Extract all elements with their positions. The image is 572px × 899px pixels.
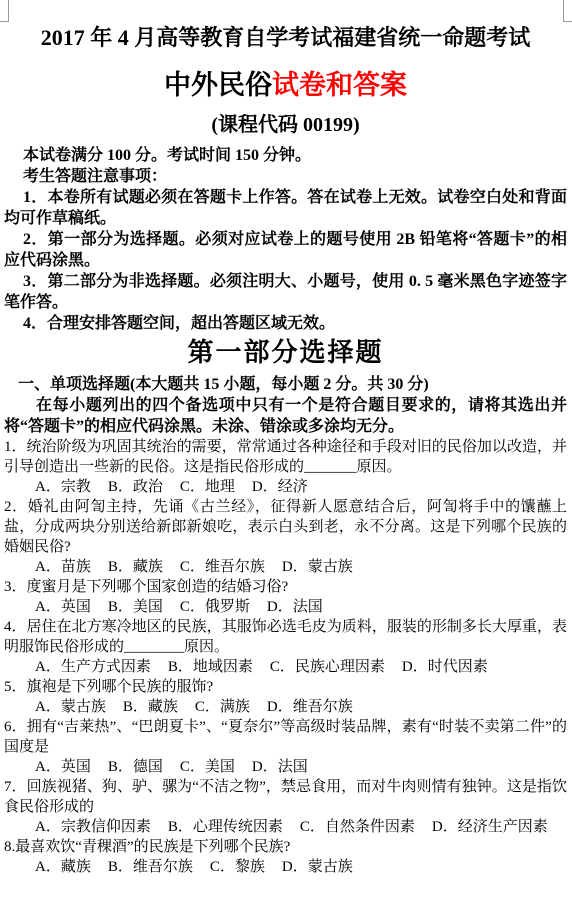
question-6-options: A．英国B．德国C．美国D．法国 xyxy=(4,757,567,777)
question-4-option-d: D．时代因素 xyxy=(402,657,488,677)
question-2-option-a: A．苗族 xyxy=(35,557,91,577)
notice-item-4: 4．合理安排答题空间，超出答题区域无效。 xyxy=(4,313,567,334)
question-8-option-b: B．维吾尔族 xyxy=(108,857,193,877)
question-2-option-d: D．蒙古族 xyxy=(282,557,353,577)
question-1-option-b: B．政治 xyxy=(108,477,163,497)
question-8-option-c: C．黎族 xyxy=(210,857,265,877)
question-2-option-b: B．藏族 xyxy=(108,557,163,577)
page-margin-mark-right xyxy=(563,0,572,22)
question-8-option-d: D．蒙古族 xyxy=(282,857,353,877)
question-8-options: A．藏族B．维吾尔族C．黎族D．蒙古族 xyxy=(4,857,567,877)
question-4-options: A．生产方式因素B．地域因素C．民族心理因素D．时代因素 xyxy=(4,657,567,677)
question-6-option-c: C．美国 xyxy=(180,757,235,777)
question-4-option-c: C．民族心理因素 xyxy=(270,657,385,677)
question-1-stem: 1．统治阶级为巩固其统治的需要，常常通过各种途径和手段对旧的民俗加以改造，并引导… xyxy=(4,437,567,477)
question-7-options: A．宗教信仰因素B．心理传统因素C．自然条件因素D．经济生产因素 xyxy=(4,817,567,837)
question-7-option-c: C．自然条件因素 xyxy=(300,817,415,837)
question-3-stem: 3．度蜜月是下列哪个国家创造的结婚习俗? xyxy=(4,577,567,597)
question-3-options: A．英国B．美国C．俄罗斯D．法国 xyxy=(4,597,567,617)
subtitle-course-name: 中外民俗 xyxy=(164,70,272,100)
subtitle-answers-label: 试卷和答案 xyxy=(272,70,407,100)
question-7-option-a: A．宗教信仰因素 xyxy=(35,817,151,837)
question-4: 4．居住在北方寒冷地区的民族，其服饰必选毛皮为质料，服装的形制多长大厚重，表明服… xyxy=(4,617,567,677)
question-4-option-b: B．地域因素 xyxy=(168,657,253,677)
exam-subtitle: 中外民俗试卷和答案 xyxy=(4,71,567,101)
question-1-option-c: C．地理 xyxy=(180,477,235,497)
notice-item-3: 3．第二部分为非选择题。必须注明大、小题号，使用 0. 5 毫米黑色字迹签字笔作… xyxy=(4,271,567,313)
question-5: 5．旗袍是下列哪个民族的服饰? A．蒙古族B．藏族C．满族D．维吾尔族 xyxy=(4,677,567,717)
question-3-option-c: C．俄罗斯 xyxy=(180,597,250,617)
notice-item-2: 2．第一部分为选择题。必须对应试卷上的题号使用 2B 铅笔将“答题卡”的相应代码… xyxy=(4,229,567,271)
question-8-option-a: A．藏族 xyxy=(35,857,91,877)
question-3-option-a: A．英国 xyxy=(35,597,91,617)
question-8: 8.最喜欢饮“青稞酒”的民族是下列哪个民族? A．藏族B．维吾尔族C．黎族D．蒙… xyxy=(4,837,567,877)
question-7-option-b: B．心理传统因素 xyxy=(168,817,283,837)
question-5-options: A．蒙古族B．藏族C．满族D．维吾尔族 xyxy=(4,697,567,717)
question-4-option-a: A．生产方式因素 xyxy=(35,657,151,677)
question-3-option-d: D．法国 xyxy=(267,597,323,617)
question-1: 1．统治阶级为巩固其统治的需要，常常通过各种途径和手段对旧的民俗加以改造，并引导… xyxy=(4,437,567,497)
question-1-options: A．宗教B．政治C．地理D．经济 xyxy=(4,477,567,497)
question-2: 2．婚礼由阿訇主持，先诵《古兰经》，征得新人愿意结合后，阿訇将手中的馕蘸上盐，分… xyxy=(4,497,567,577)
section-subheading: 一、单项选择题(本大题共 15 小题，每小题 2 分。共 30 分) xyxy=(4,374,567,395)
question-5-option-b: B．藏族 xyxy=(123,697,178,717)
page-margin-mark-left xyxy=(0,0,9,22)
question-7-option-d: D．经济生产因素 xyxy=(432,817,548,837)
question-5-option-c: C．满族 xyxy=(195,697,250,717)
question-1-option-d: D．经济 xyxy=(252,477,308,497)
question-2-option-c: C．维吾尔族 xyxy=(180,557,265,577)
question-8-stem: 8.最喜欢饮“青稞酒”的民族是下列哪个民族? xyxy=(4,837,567,857)
question-6-option-a: A．英国 xyxy=(35,757,91,777)
question-3-option-b: B．美国 xyxy=(108,597,163,617)
question-6-option-d: D．法国 xyxy=(252,757,308,777)
question-list: 1．统治阶级为巩固其统治的需要，常常通过各种途径和手段对旧的民俗加以改造，并引导… xyxy=(4,437,567,877)
question-5-option-a: A．蒙古族 xyxy=(35,697,106,717)
notice-summary: 本试卷满分 100 分。考试时间 150 分钟。 xyxy=(4,145,567,166)
question-1-option-a: A．宗教 xyxy=(35,477,91,497)
notice-item-1: 1．本卷所有试题必须在答题卡上作答。答在试卷上无效。试卷空白处和背面均可作草稿纸… xyxy=(4,187,567,229)
exam-title: 2017 年 4 月高等教育自学考试福建省统一命题考试 xyxy=(4,25,567,50)
question-7-stem: 7．回族视猪、狗、驴、骡为“不洁之物”，禁忌食用，而对牛肉则情有独钟。这是指饮食… xyxy=(4,777,567,817)
exam-notices: 本试卷满分 100 分。考试时间 150 分钟。 考生答题注意事项： 1．本卷所… xyxy=(4,145,567,334)
question-7: 7．回族视猪、狗、驴、骡为“不洁之物”，禁忌食用，而对牛肉则情有独钟。这是指饮食… xyxy=(4,777,567,837)
section-instruction: 在每小题列出的四个备选项中只有一个是符合题目要求的，请将其选出并将“答题卡”的相… xyxy=(4,395,567,437)
question-6-option-b: B．德国 xyxy=(108,757,163,777)
question-5-stem: 5．旗袍是下列哪个民族的服饰? xyxy=(4,677,567,697)
question-2-options: A．苗族B．藏族C．维吾尔族D．蒙古族 xyxy=(4,557,567,577)
question-5-option-d: D．维吾尔族 xyxy=(267,697,353,717)
question-3: 3．度蜜月是下列哪个国家创造的结婚习俗? A．英国B．美国C．俄罗斯D．法国 xyxy=(4,577,567,617)
section-heading: 第一部分选择题 xyxy=(4,339,567,368)
question-6: 6．拥有“吉莱热”、“巴朗夏卡”、“夏奈尔”等高级时装品牌，素有“时装不卖第二件… xyxy=(4,717,567,777)
notice-heading: 考生答题注意事项： xyxy=(4,166,567,187)
exam-document: 2017 年 4 月高等教育自学考试福建省统一命题考试 中外民俗试卷和答案 (课… xyxy=(0,0,572,877)
question-2-stem: 2．婚礼由阿訇主持，先诵《古兰经》，征得新人愿意结合后，阿訇将手中的馕蘸上盐，分… xyxy=(4,497,567,557)
question-6-stem: 6．拥有“吉莱热”、“巴朗夏卡”、“夏奈尔”等高级时装品牌，素有“时装不卖第二件… xyxy=(4,717,567,757)
question-4-stem: 4．居住在北方寒冷地区的民族，其服饰必选毛皮为质料，服装的形制多长大厚重，表明服… xyxy=(4,617,567,657)
course-code: (课程代码 00199) xyxy=(4,114,567,136)
